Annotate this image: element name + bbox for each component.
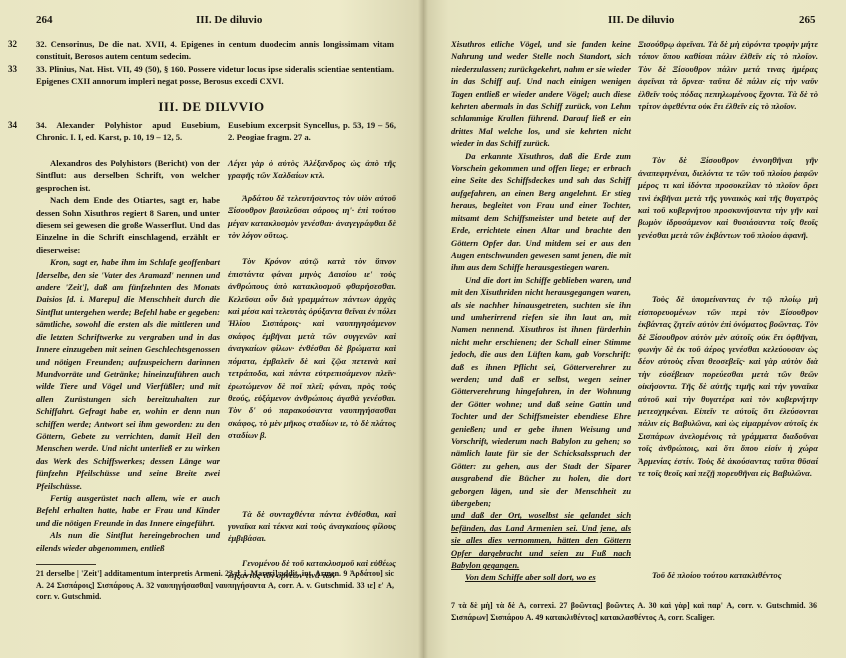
german-paragraph: Da erkannte Xisuthros, daß die Erde zum … (451, 150, 631, 274)
note-32: 32 32. Censorinus, De die nat. XVII, 4. … (36, 38, 394, 63)
source-citation: 34. Alexander Polyhistor apud Eusebium, … (36, 120, 220, 142)
note-text: 32. Censorinus, De die nat. XVII, 4. Epi… (36, 39, 394, 61)
german-column: Alexandros des Polyhistors (Bericht) von… (36, 157, 220, 554)
page-number: 265 (799, 14, 816, 26)
german-paragraph: Kron, sagt er, habe ihm im Schlafe geoff… (36, 256, 220, 492)
greek-paragraph: Ἀρδάτου δὲ τελευτήσαντος τὸν υἱὸν αὐτοῦ … (228, 192, 396, 242)
note-33: 33 33. Plinius, Nat. Hist. VII, 49 (50),… (36, 63, 394, 88)
german-paragraph-underlined: und daß der Ort, woselbst sie gelandet s… (451, 509, 631, 571)
left-page: 264 III. De diluvio 32 32. Censorinus, D… (0, 0, 423, 658)
footnote-rule (36, 564, 96, 565)
german-paragraph: Fertig ausgerüstet nach allem, wie er au… (36, 492, 220, 529)
margin-number: 34 (8, 119, 17, 131)
german-paragraph: Nach dem Ende des Otiartes, sagt er, hab… (36, 194, 220, 256)
greek-paragraph: Λέγει γὰρ ὁ αὐτὸς Ἀλέξανδρος ὡς ἀπὸ τῆς … (228, 157, 396, 182)
german-paragraph: Xisuthros etliche Vögel, und sie fanden … (451, 38, 631, 150)
greek-column: Λέγει γὰρ ὁ αὐτὸς Ἀλέξανδρος ὡς ἀπὸ τῆς … (228, 157, 396, 582)
fragment-source-right: Eusebium excerpsit Syncellus, p. 53, 19 … (228, 119, 396, 144)
german-paragraph: Alexandros des Polyhistors (Bericht) von… (36, 157, 220, 194)
german-paragraph: Und die dort im Schiffe geblieben waren,… (451, 274, 631, 510)
book-spread: 264 III. De diluvio 32 32. Censorinus, D… (0, 0, 846, 658)
book-gutter (418, 0, 428, 658)
greek-paragraph: Ξισούθρῳ ἀφεῖναι. Τὰ δὲ μὴ εὑρόντα τροφὴ… (638, 38, 818, 112)
greek-paragraph: Τοῦ δὲ πλοίου τούτου κατακλιθέντος (638, 569, 818, 581)
running-title: III. De diluvio (196, 14, 262, 26)
note-text: 33. Plinius, Nat. Hist. VII, 49 (50), § … (36, 64, 394, 86)
german-paragraph: Von dem Schiffe aber soll dort, wo es (451, 571, 631, 583)
footnotes: 21 derselbe | 'Zeit'] additamentum inter… (36, 568, 394, 603)
page-number: 264 (36, 14, 53, 26)
greek-paragraph: Τὸν δὲ Ξίσουθρον ἐννοηθῆναι γῆν ἀναπεφην… (638, 154, 818, 241)
greek-paragraph: Τοὺς δὲ ὑπομείναντας ἐν τῷ πλοίῳ μὴ εἰσπ… (638, 293, 818, 479)
german-column: Xisuthros etliche Vögel, und sie fanden … (451, 38, 631, 584)
footnotes: 7 τὰ δὲ μὴ] τὰ δὲ A, correxi. 27 βοῶντας… (451, 600, 817, 623)
german-paragraph: Als nun die Sintflut hereingebrochen und… (36, 529, 220, 554)
greek-paragraph: Τὸν Κρόνον αὐτῷ κατὰ τὸν ὕπνον ἐπιστάντα… (228, 255, 396, 441)
fragment-source-left: 34 34. Alexander Polyhistor apud Eusebiu… (36, 119, 220, 144)
running-title: III. De diluvio (608, 14, 674, 26)
margin-number: 33 (8, 63, 17, 75)
greek-paragraph: Τὰ δὲ συνταχθέντα πάντα ἐνθέσθαι, καὶ γυ… (228, 508, 396, 545)
greek-column: Ξισούθρῳ ἀφεῖναι. Τὰ δὲ μὴ εὑρόντα τροφὴ… (638, 38, 818, 582)
right-page: III. De diluvio 265 Xisuthros etliche Vö… (423, 0, 846, 658)
section-heading: III. DE DILVVIO (0, 99, 423, 115)
margin-number: 32 (8, 38, 17, 50)
